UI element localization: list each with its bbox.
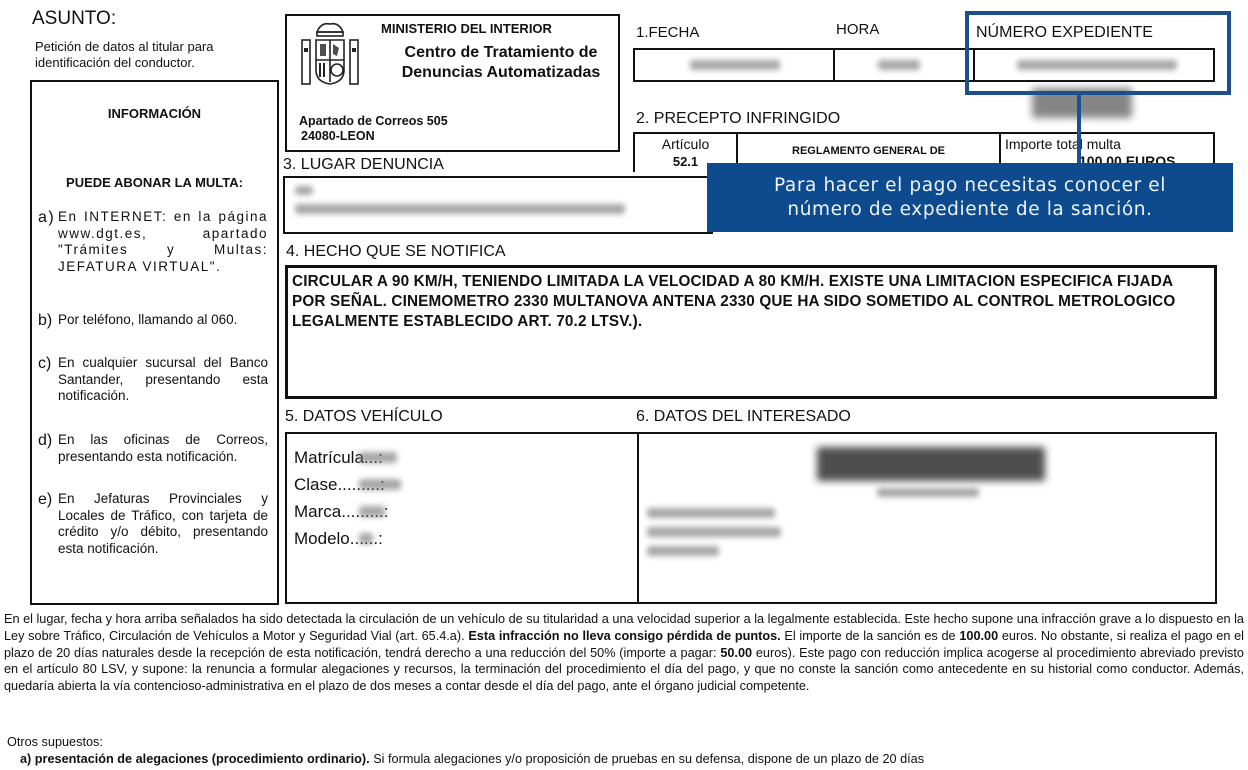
vehiculo-label: 5. DATOS VEHÍCULO bbox=[285, 408, 443, 426]
address-line-1: Apartado de Correos 505 bbox=[299, 114, 448, 129]
payment-method-jefatura: e) En Jefaturas Provinciales y Locales d… bbox=[38, 491, 268, 557]
modelo-value-redacted bbox=[359, 533, 373, 544]
interesado-name-redacted bbox=[817, 447, 1045, 481]
marca-value-redacted bbox=[359, 506, 385, 517]
fecha-label: 1.FECHA bbox=[636, 24, 699, 41]
payment-method-phone: b) Por teléfono, llamando al 060. bbox=[38, 312, 268, 330]
otros-item-a: a) presentación de alegaciones (procedim… bbox=[20, 752, 1248, 766]
payment-info-box: INFORMACIÓN PUEDE ABONAR LA MULTA: a) En… bbox=[30, 80, 279, 605]
item-text: En las oficinas de Correos, presentando … bbox=[58, 432, 268, 465]
clase-value-redacted bbox=[359, 479, 401, 490]
item-letter: b) bbox=[38, 312, 58, 330]
legal-text: El importe de la sanción es de bbox=[781, 629, 960, 643]
importe-label: Importe total multa bbox=[1005, 136, 1213, 153]
otros-supuestos-label: Otros supuestos: bbox=[7, 735, 103, 749]
vehiculo-interesado-box: Matrícula...: Clase.........: Marca.....… bbox=[285, 432, 1217, 604]
payment-methods-title: PUEDE ABONAR LA MULTA: bbox=[32, 175, 277, 190]
hecho-label: 4. HECHO QUE SE NOTIFICA bbox=[286, 243, 506, 261]
item-text: Por teléfono, llamando al 060. bbox=[58, 312, 268, 330]
info-title: INFORMACIÓN bbox=[32, 106, 277, 121]
interesado-address-2-redacted bbox=[647, 527, 781, 537]
otros-item-a-title: a) presentación de alegaciones (procedim… bbox=[20, 752, 370, 766]
interesado-address-3-redacted bbox=[647, 546, 719, 556]
divider bbox=[637, 434, 639, 602]
coat-of-arms-icon bbox=[299, 20, 361, 88]
item-text: En cualquier sucursal del Banco Santande… bbox=[58, 355, 268, 405]
centro-line-2: Denuncias Automatizadas bbox=[387, 63, 615, 83]
lugar-redacted-1 bbox=[295, 186, 313, 195]
payment-method-internet: a) En INTERNET: en la página www.dgt.es,… bbox=[38, 209, 268, 275]
item-letter: e) bbox=[38, 491, 58, 557]
address-line-2: 24080-LEON bbox=[299, 129, 448, 144]
interesado-label: 6. DATOS DEL INTERESADO bbox=[636, 408, 851, 426]
lugar-label: 3. LUGAR DENUNCIA bbox=[283, 156, 444, 174]
reduced-amount: 50.00 bbox=[720, 646, 752, 660]
legal-paragraph: En el lugar, fecha y hora arriba señalad… bbox=[4, 611, 1244, 695]
item-text: En Jefaturas Provinciales y Locales de T… bbox=[58, 491, 268, 557]
lugar-box bbox=[283, 176, 713, 234]
asunto-text: Petición de datos al titular para identi… bbox=[35, 39, 275, 71]
fecha-value-redacted bbox=[690, 60, 780, 70]
otros-item-a-text: Si formula alegaciones y/o proposición d… bbox=[370, 752, 924, 766]
callout-line-2: número de expediente de la sanción. bbox=[707, 198, 1233, 222]
callout-tooltip: Para hacer el pago necesitas conocer el … bbox=[707, 163, 1233, 232]
fecha-value-cell bbox=[635, 50, 835, 80]
matricula-value-redacted bbox=[359, 452, 397, 463]
no-points-notice: Esta infracción no lleva consigo pérdida… bbox=[468, 629, 780, 643]
hecho-text: CIRCULAR A 90 KM/H, TENIENDO LIMITADA LA… bbox=[292, 272, 1210, 332]
payment-method-bank: c) En cualquier sucursal del Banco Santa… bbox=[38, 355, 268, 405]
item-letter: d) bbox=[38, 432, 58, 465]
precepto-label: 2. PRECEPTO INFRINGIDO bbox=[636, 110, 840, 128]
hora-value-redacted bbox=[878, 60, 920, 70]
ministerio-title: MINISTERIO DEL INTERIOR bbox=[381, 21, 552, 36]
callout-connector bbox=[1077, 95, 1081, 163]
item-letter: a) bbox=[38, 209, 58, 275]
articulo-label: Artículo bbox=[635, 136, 736, 153]
callout-line-1: Para hacer el pago necesitas conocer el bbox=[707, 174, 1233, 198]
interesado-address-1-redacted bbox=[647, 508, 775, 518]
interesado-nif-redacted bbox=[877, 488, 979, 497]
item-text: En INTERNET: en la página www.dgt.es, ap… bbox=[58, 209, 268, 275]
asunto-title: ASUNTO: bbox=[32, 8, 116, 30]
ministerio-header-box: MINISTERIO DEL INTERIOR Centro de Tratam… bbox=[285, 14, 620, 152]
lugar-redacted-2 bbox=[295, 204, 625, 214]
ministerio-address: Apartado de Correos 505 24080-LEON bbox=[299, 114, 448, 144]
fine-amount: 100.00 bbox=[959, 629, 998, 643]
payment-method-correos: d) En las oficinas de Correos, presentan… bbox=[38, 432, 268, 465]
norma-line-1: REGLAMENTO GENERAL DE bbox=[738, 142, 999, 161]
centro-line-1: Centro de Tratamiento de bbox=[387, 43, 615, 63]
hora-label: HORA bbox=[836, 21, 879, 38]
hecho-box: CIRCULAR A 90 KM/H, TENIENDO LIMITADA LA… bbox=[285, 265, 1217, 399]
centro-name: Centro de Tratamiento de Denuncias Autom… bbox=[387, 43, 615, 83]
item-letter: c) bbox=[38, 355, 58, 405]
hora-value-cell bbox=[835, 50, 975, 80]
expediente-highlight-frame bbox=[965, 11, 1231, 95]
